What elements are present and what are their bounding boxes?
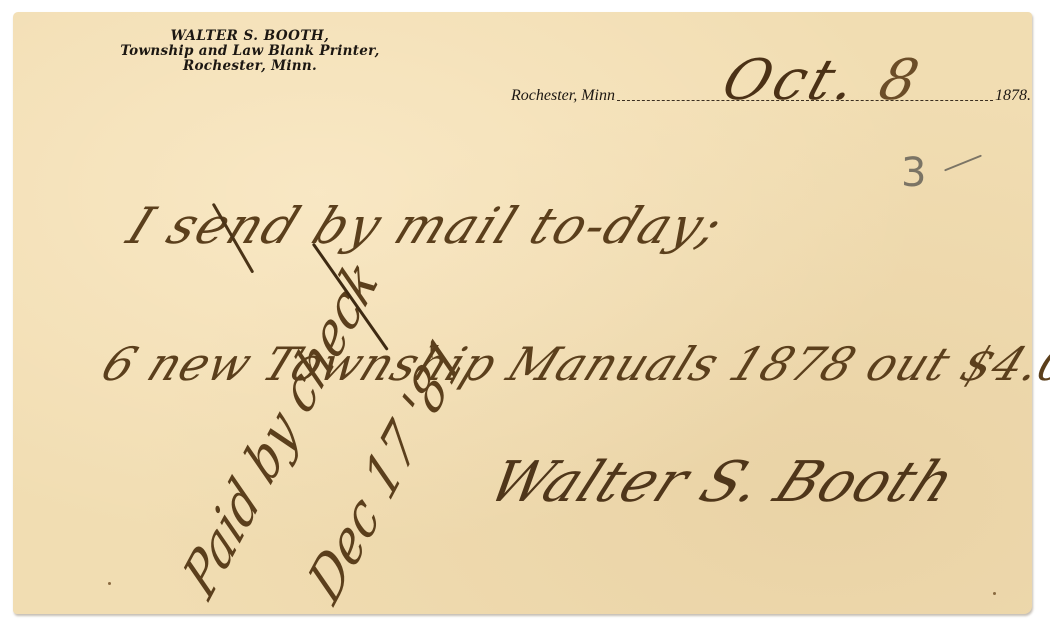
signature: Walter S. Booth bbox=[479, 450, 966, 515]
message-line-2: 6 new Township Manuals 1878 out $4.00 bbox=[94, 337, 1050, 391]
dateline-year: 1878. bbox=[995, 87, 1031, 105]
dateline-place: Rochester, Minn bbox=[511, 87, 615, 105]
message-line-1: I send by mail to-day; bbox=[119, 197, 733, 255]
corner-pencil-mark: 3 bbox=[901, 150, 926, 196]
printer-name: WALTER S. BOOTH, bbox=[55, 29, 445, 44]
postcard: WALTER S. BOOTH, Township and Law Blank … bbox=[13, 12, 1032, 614]
printed-letterhead: WALTER S. BOOTH, Township and Law Blank … bbox=[55, 29, 445, 74]
paper-speck bbox=[108, 582, 111, 585]
printer-city: Rochester, Minn. bbox=[55, 59, 445, 74]
paper-speck bbox=[993, 592, 996, 595]
corner-pencil-dash bbox=[944, 155, 982, 172]
handwritten-month: Oct. bbox=[714, 48, 869, 113]
printer-trade: Township and Law Blank Printer, bbox=[55, 44, 445, 59]
